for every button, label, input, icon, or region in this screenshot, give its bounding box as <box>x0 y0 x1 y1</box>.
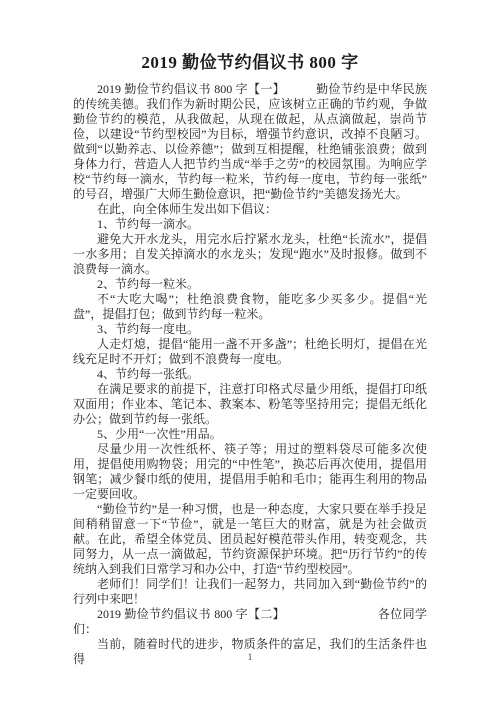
paragraph-item2-body: 不“大吃大喝”；杜绝浪费食物，能吃多少买多少。提倡“光盘”，提倡打包；做到节约每… <box>73 292 427 322</box>
paragraph-section1-intro: 2019 勤俭节约倡议书 800 字【一】 勤俭节约是中华民族的传统美德。我们作… <box>73 82 427 202</box>
document-page: 2019 勤俭节约倡议书 800 字 2019 勤俭节约倡议书 800 字【一】… <box>0 0 500 707</box>
paragraph-proposal-lead: 在此，向全体师生发出如下倡议： <box>73 202 427 217</box>
document-body: 2019 勤俭节约倡议书 800 字【一】 勤俭节约是中华民族的传统美德。我们作… <box>73 82 427 667</box>
page-number: 1 <box>0 651 500 663</box>
document-title: 2019 勤俭节约倡议书 800 字 <box>0 0 500 74</box>
paragraph-item5-body: 尽量少用一次性纸杯、筷子等；用过的塑料袋尽可能多次使用，提倡使用购物袋；用完的“… <box>73 442 427 502</box>
paragraph-summary: “勤俭节约”是一种习惯，也是一种态度，大家只要在举手投足间稍稍留意一下“节俭”，… <box>73 502 427 577</box>
paragraph-item1-heading: 1、节约每一滴水。 <box>73 217 427 232</box>
paragraph-item4-heading: 4、节约每一张纸。 <box>73 367 427 382</box>
paragraph-item3-body: 人走灯熄，提倡“能用一盏不开多盏”；杜绝长明灯，提倡在光线充足时不开灯；做到不浪… <box>73 337 427 367</box>
paragraph-item4-body: 在满足要求的前提下，注意打印格式尽量少用纸，提倡打印纸双面用；作业本、笔记本、教… <box>73 382 427 427</box>
paragraph-section2-heading: 2019 勤俭节约倡议书 800 字【二】 各位同学们： <box>73 607 427 637</box>
paragraph-item2-heading: 2、节约每一粒米。 <box>73 277 427 292</box>
paragraph-call-to-action: 老师们！同学们！让我们一起努力，共同加入到“勤俭节约”的行列中来吧！ <box>73 577 427 607</box>
paragraph-item5-heading: 5、少用“一次性”用品。 <box>73 427 427 442</box>
paragraph-item1-body: 避免大开水龙头，用完水后拧紧水龙头，杜绝“长流水”，提倡一水多用；自发关掉滴水的… <box>73 232 427 277</box>
paragraph-item3-heading: 3、节约每一度电。 <box>73 322 427 337</box>
